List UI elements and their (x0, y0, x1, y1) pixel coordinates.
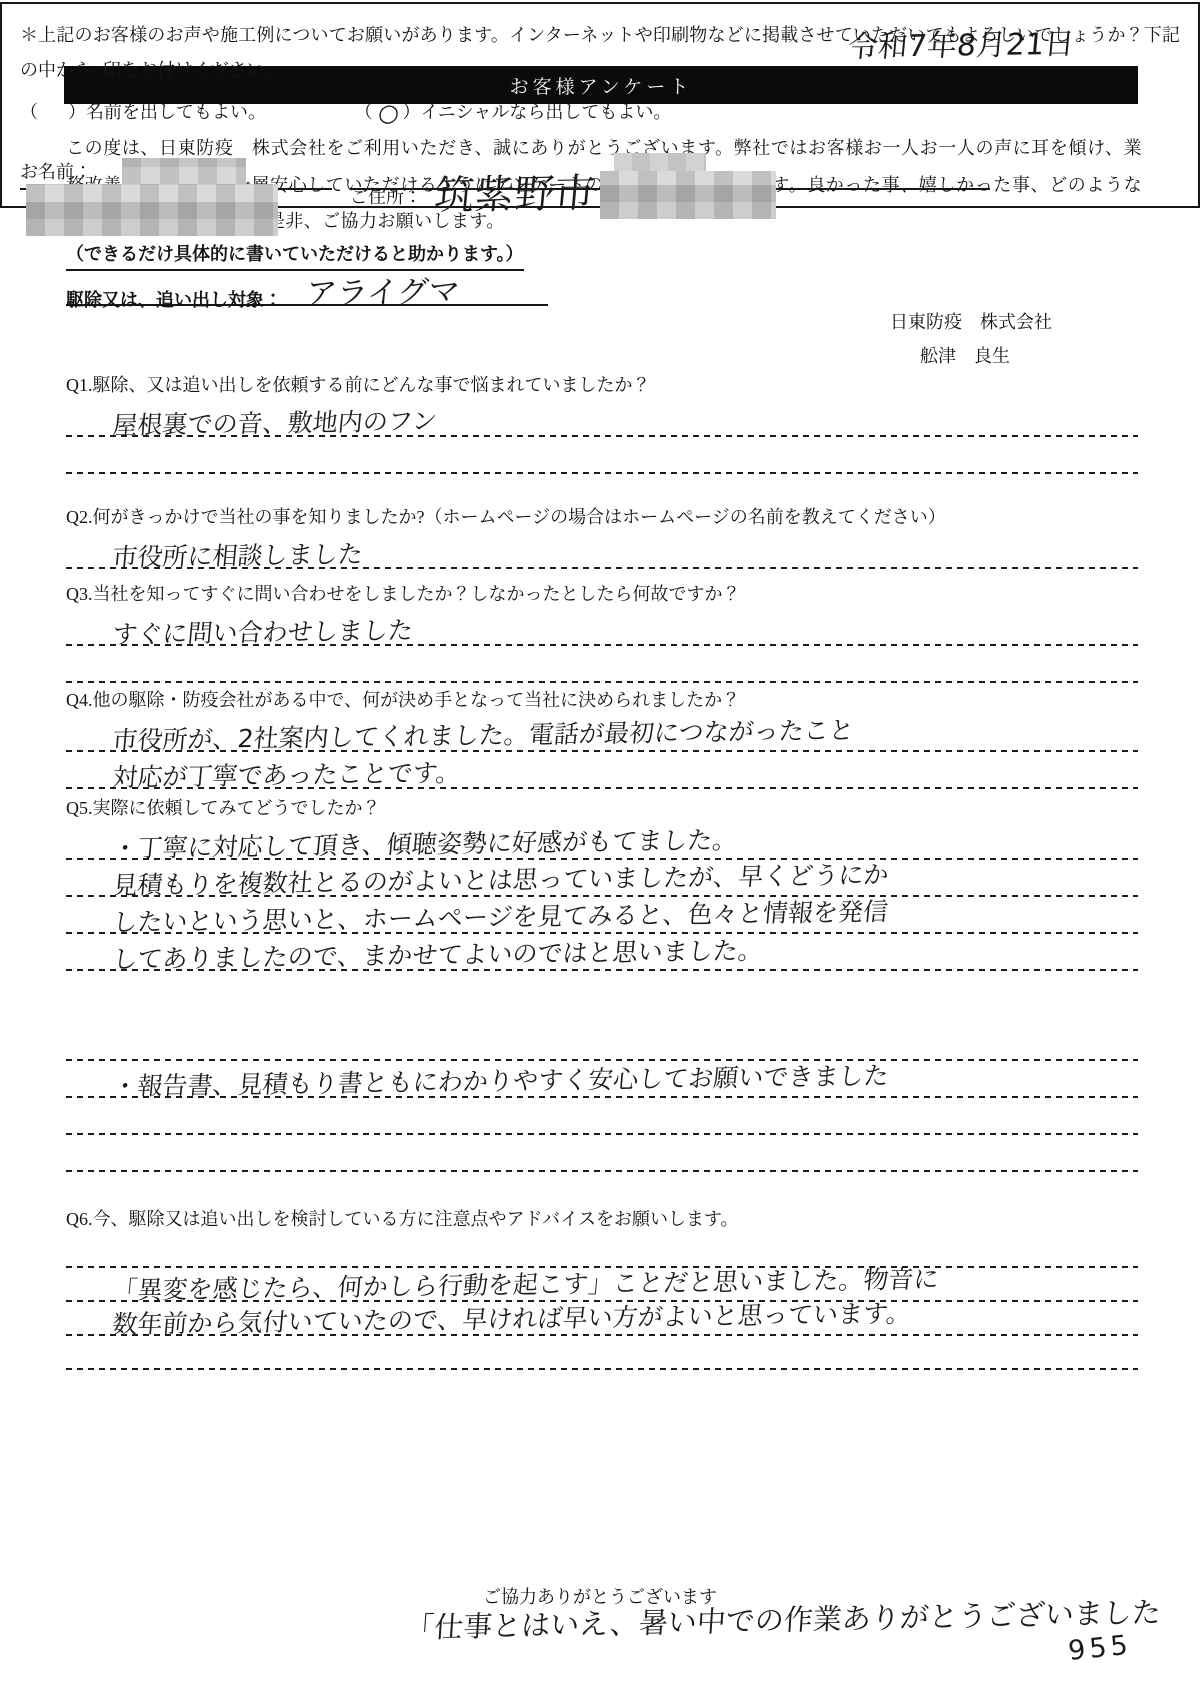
handwritten-answer: 対応が丁寧であったことです。 (111, 753, 463, 794)
target-value-handwritten: アライグマ (304, 266, 462, 313)
answer-line: 「異変を感じたら、何かしら行動を起こす」ことだと思いました。物音に (66, 1268, 1138, 1302)
consent-box: ＊上記のお客様のお声や施工例についてお願いがあります。インターネットや印刷物など… (0, 2, 1200, 208)
answer-line: 屋根裏での音、敷地内のフン (66, 400, 1138, 437)
address-field: ご住所：筑紫野市 (350, 158, 990, 190)
address-label: ご住所： (350, 187, 422, 207)
question-label: Q6.今、駆除又は追い出しを検討している方に注意点やアドバイスをお願いします。 (66, 1206, 1138, 1232)
handwritten-answer: すぐに問い合わせしました (111, 611, 415, 651)
question-q3: Q3.当社を知ってすぐに問い合わせをしましたか？しなかったとしたら何故ですか？す… (66, 581, 1138, 683)
answer-line: すぐに問い合わせしました (66, 609, 1138, 646)
handwritten-answer: したいという思いと、ホームページを見てみると、色々と情報を発信 (111, 892, 890, 939)
answer-line (66, 1336, 1138, 1370)
answer-line: してありましたので、まかせてよいのではと思いました。 (66, 934, 1138, 971)
consent-option-label: イニシャルなら出してもよい。 (421, 102, 672, 122)
answer-line (66, 1098, 1138, 1135)
answer-line: ・報告書、見積もり書ともにわかりやすく安心してお願いできました (66, 1061, 1138, 1098)
consent-mark-name (38, 102, 68, 123)
consent-mark-initial: ○ (373, 96, 403, 124)
survey-scan-page: 令和7年8月21日 お客様アンケート この度は、日東防疫 株式会社をご利用いただ… (0, 2, 1200, 208)
questions-section: Q1.駆除、又は追い出しを依頼する前にどんな事で悩まれていましたか？屋根裏での音… (66, 372, 1138, 1370)
handwritten-answer: ・報告書、見積もり書ともにわかりやすく安心してお願いできました (111, 1056, 890, 1103)
answer-line: 市役所に相談しました (66, 532, 1138, 569)
answer-line (66, 1135, 1138, 1172)
handwritten-answer: 市役所に相談しました (111, 535, 365, 574)
answer-line: したいという思いと、ホームページを見てみると、色々と情報を発信 (66, 897, 1138, 934)
company-name: 日東防疫 株式会社 (890, 308, 1052, 334)
answer-line: ・丁寧に対応して頂き、傾聴姿勢に好感がもてました。 (66, 823, 1138, 860)
name-field: お名前： (20, 158, 332, 190)
question-label: Q3.当社を知ってすぐに問い合わせをしましたか？しなかったとしたら何故ですか？ (66, 581, 1138, 607)
paren-close: ） (68, 102, 86, 122)
handwritten-answer: 市役所が、2社案内してくれました。電話が最初につながったこと (111, 711, 856, 757)
question-label: Q5.実際に依頼してみてどうでしたか？ (66, 795, 1138, 821)
redacted-name-value (26, 184, 278, 236)
answer-line (66, 971, 1138, 1061)
answer-line (66, 646, 1138, 683)
answer-line (66, 437, 1138, 474)
paren-open: （ (355, 102, 373, 122)
paren-close: ） (403, 102, 421, 122)
consent-option-initial: （○）イニシャルなら出してもよい。 (355, 96, 672, 124)
question-q6: Q6.今、駆除又は追い出しを検討している方に注意点やアドバイスをお願いします。「… (66, 1206, 1138, 1370)
question-label: Q1.駆除、又は追い出しを依頼する前にどんな事で悩まれていましたか？ (66, 372, 1138, 398)
answer-line: 対応が丁寧であったことです。 (66, 752, 1138, 789)
consent-text: ＊上記のお客様のお声や施工例についてお願いがあります。インターネットや印刷物など… (20, 18, 1180, 88)
redacted-address-value (600, 171, 776, 219)
question-label: Q4.他の駆除・防疫会社がある中で、何が決め手となって当社に決められましたか？ (66, 687, 1138, 713)
name-label: お名前： (20, 162, 92, 182)
staff-name: 舩津 良生 (920, 342, 1010, 368)
paren-open: （ (20, 102, 38, 122)
consent-options: （）名前を出してもよい。 （○）イニシャルなら出してもよい。 (20, 96, 1180, 124)
question-q4: Q4.他の駆除・防疫会社がある中で、何が決め手となって当社に決められましたか？市… (66, 687, 1138, 789)
question-q5: Q5.実際に依頼してみてどうでしたか？・丁寧に対応して頂き、傾聴姿勢に好感がもて… (66, 795, 1138, 1172)
question-q1: Q1.駆除、又は追い出しを依頼する前にどんな事で悩まれていましたか？屋根裏での音… (66, 372, 1138, 474)
target-row: 駆除又は、追い出し対象：アライグマ (66, 270, 548, 306)
answer-line: 数年前から気付いていたので、早ければ早い方がよいと思っています。 (66, 1302, 1138, 1336)
handwritten-answer: 屋根裏での音、敷地内のフン (111, 401, 439, 442)
address-value-handwritten: 筑紫野市 (432, 162, 597, 221)
answer-line (66, 1234, 1138, 1268)
question-q2: Q2.何がきっかけで当社の事を知りましたか?（ホームページの場合はホームページの… (66, 504, 1138, 569)
consent-option-name: （）名前を出してもよい。 (20, 98, 266, 124)
handwritten-answer: してありましたので、まかせてよいのではと思いました。 (111, 931, 765, 976)
target-label: 駆除又は、追い出し対象： (66, 290, 282, 310)
consent-fields: お名前： ご住所：筑紫野市 (20, 138, 1180, 190)
handwritten-circle-mark: ○ (377, 99, 401, 127)
question-label: Q2.何がきっかけで当社の事を知りましたか?（ホームページの場合はホームページの… (66, 504, 1138, 530)
consent-option-label: 名前を出してもよい。 (86, 102, 266, 122)
handwritten-page-number: 955 (1067, 1630, 1133, 1667)
answer-line: 市役所が、2社案内してくれました。電話が最初につながったこと (66, 715, 1138, 752)
answer-line: 見積もりを複数社とるのがよいとは思っていましたが、早くどうにか (66, 860, 1138, 897)
